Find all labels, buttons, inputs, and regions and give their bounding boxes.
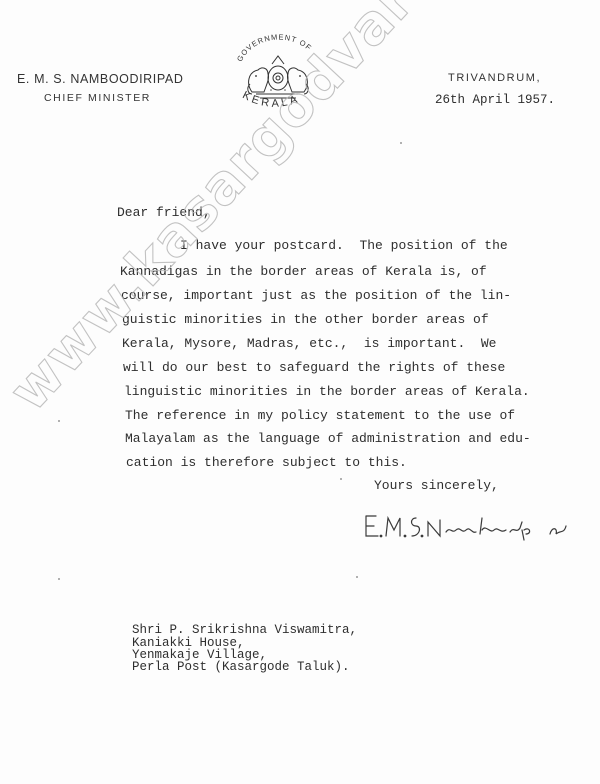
- letter-date: 26th April 1957.: [435, 93, 555, 107]
- paper-speck: [58, 578, 60, 580]
- signature: [360, 508, 585, 544]
- body-line: Malayalam as the language of administrat…: [125, 431, 531, 446]
- svg-text:GOVERNMENT OF: GOVERNMENT OF: [235, 32, 314, 63]
- sender-name: E. M. S. NAMBOODIRIPAD: [17, 72, 207, 86]
- government-of-kerala-emblem-icon: GOVERNMENT OF KERALA: [226, 26, 330, 118]
- paper-speck: [356, 576, 358, 578]
- salutation: Dear friend,: [117, 205, 211, 220]
- paper-speck: [340, 478, 342, 480]
- emblem-top-text: GOVERNMENT OF: [235, 32, 314, 63]
- letter-page: E. M. S. NAMBOODIRIPAD CHIEF MINISTER GO…: [0, 0, 600, 784]
- body-line: The reference in my policy statement to …: [125, 408, 515, 423]
- body-line: I have your postcard. The position of th…: [102, 238, 508, 253]
- body-line: linguistic minorities in the border area…: [124, 384, 530, 399]
- sender-title: CHIEF MINISTER: [44, 92, 151, 104]
- body-line: guistic minorities in the other border a…: [122, 312, 489, 327]
- body-line: Kerala, Mysore, Madras, etc., is importa…: [122, 336, 496, 351]
- place: TRIVANDRUM,: [448, 72, 541, 84]
- closing: Yours sincerely,: [374, 478, 499, 493]
- paper-speck: [400, 142, 402, 144]
- paper-speck: [58, 420, 60, 422]
- body-line: will do our best to safeguard the rights…: [123, 360, 505, 375]
- address-line: Shri P. Srikrishna Viswamitra,: [132, 624, 357, 636]
- body-line: cation is therefore subject to this.: [126, 455, 407, 470]
- address-line: Perla Post (Kasargode Taluk).: [132, 661, 350, 673]
- body-line: Kannadigas in the border areas of Kerala…: [120, 264, 487, 279]
- body-line: course, important just as the position o…: [121, 288, 511, 303]
